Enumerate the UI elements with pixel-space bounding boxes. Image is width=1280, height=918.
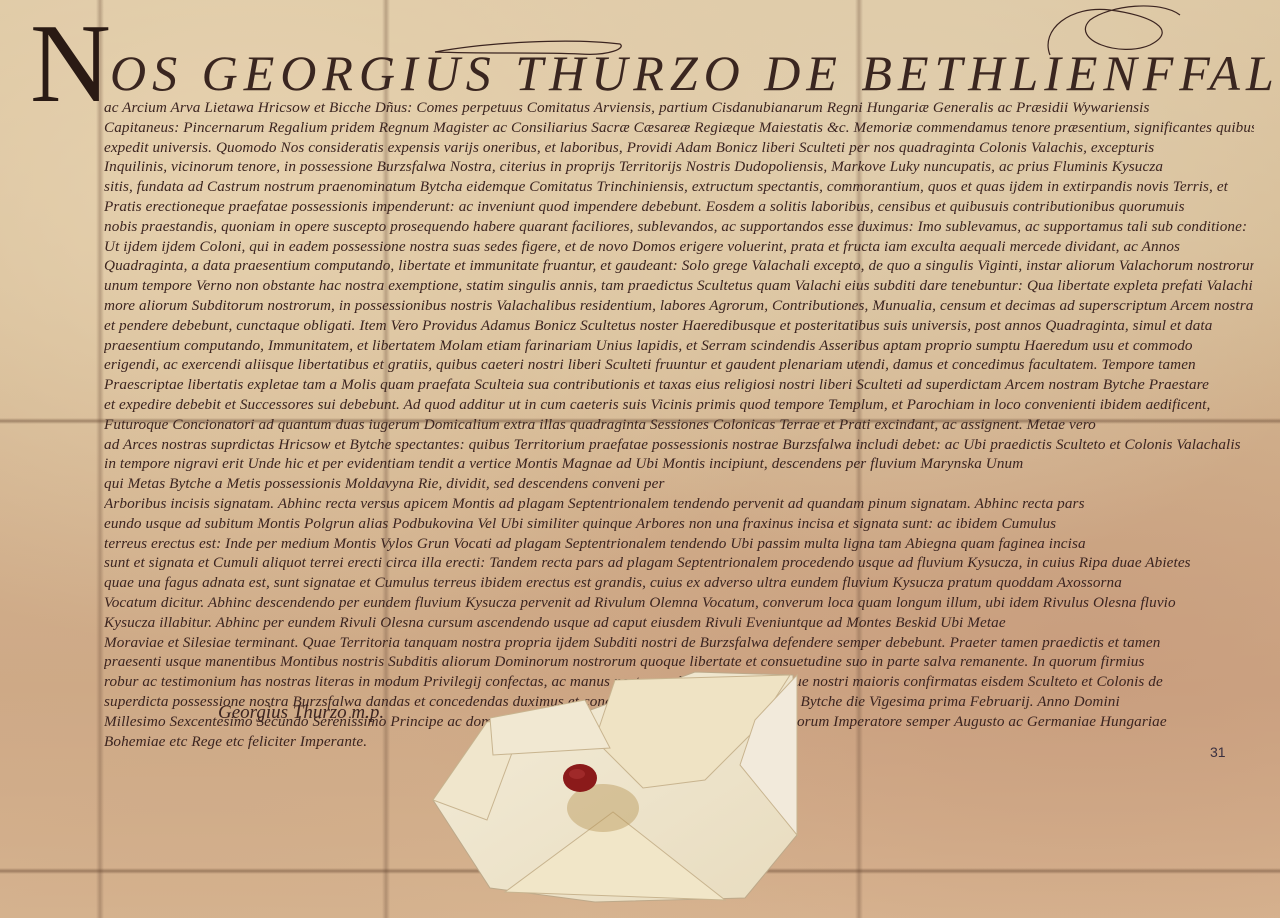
folio-number: 31 [1210,744,1226,760]
text-line: terreus erectus est: Inde per medium Mon… [104,534,1254,554]
text-line: Arboribus incisis signatam. Abhinc recta… [104,494,1254,514]
title-flourish [1030,0,1190,70]
text-line: praesentium computando, Immunitatem, et … [104,336,1254,356]
text-line: qui Metas Bytche a Metis possessionis Mo… [104,474,1254,494]
text-line: et expedire debebit et Successores sui d… [104,395,1254,415]
text-line: ac Arcium Arva Lietawa Hricsow et Bicche… [104,98,1254,118]
signature: Georgius Thurzo m.p. [218,702,384,724]
text-line: Kysucza illabitur. Abhinc per eundem Riv… [104,613,1254,633]
fold-line-vertical [96,0,104,918]
text-line: Capitaneus: Pincernarum Regalium pridem … [104,118,1254,138]
text-line: quae una fagus adnata est, sunt signatae… [104,573,1254,593]
text-line: Ut ijdem ijdem Coloni, qui in eadem poss… [104,237,1254,257]
text-line: eundo usque ad subitum Montis Polgrun al… [104,514,1254,534]
text-line: erigendi, ac exercendi aliisque libertat… [104,355,1254,375]
text-line: et pendere debebunt, cunctaque obligati.… [104,316,1254,336]
text-line: Futuroque Concionatori ad quantum duas i… [104,415,1254,435]
text-line: sunt et signata et Cumuli aliquot terrei… [104,553,1254,573]
text-line: Quadraginta, a data praesentium computan… [104,256,1254,276]
text-line: Moraviae et Silesiae terminant. Quae Ter… [104,633,1254,653]
text-line: ad Arces nostras suprdictas Hricsow et B… [104,435,1254,455]
text-line: sitis, fundata ad Castrum nostrum praeno… [104,177,1254,197]
text-line: more aliorum Subditorum nostrorum, in po… [104,296,1254,316]
text-line: nobis praestandis, quoniam in opere susc… [104,217,1254,237]
text-line: expedit universis. Quomodo Nos considera… [104,138,1254,158]
text-line: in tempore nigravi erit Unde hic et per … [104,454,1254,474]
illuminated-initial: N [30,8,111,120]
text-line: Praescriptae libertatis expletae tam a M… [104,375,1254,395]
title-flourish [430,34,630,64]
text-line: Pratis erectioneque praefatae possession… [104,197,1254,217]
text-line: Vocatum dicitur. Abhinc descendendo per … [104,593,1254,613]
text-line: unum tempore Verno non obstante hac nost… [104,276,1254,296]
text-line: Inquilinis, vicinorum tenore, in possess… [104,157,1254,177]
document-body: ac Arcium Arva Lietawa Hricsow et Bicche… [104,98,1254,751]
paper-seal-icon [425,660,800,905]
